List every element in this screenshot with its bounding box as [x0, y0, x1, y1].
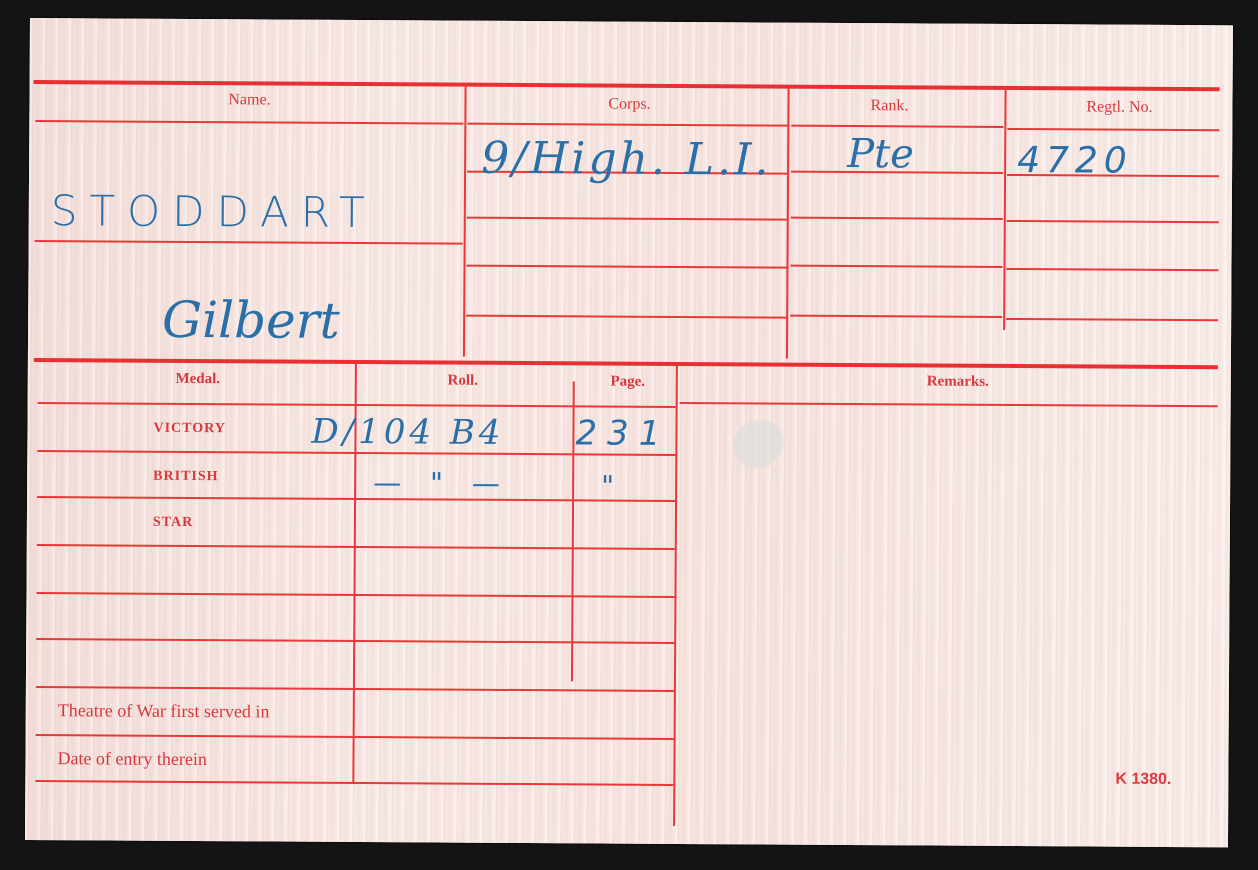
name-rule — [35, 240, 463, 245]
name-header: Name. — [149, 91, 349, 110]
forename-value: Gilbert — [162, 291, 340, 350]
medal-header: Medal. — [148, 371, 248, 389]
corps-value: 9/High. L.I. — [481, 133, 772, 186]
page-header: Page. — [578, 373, 678, 391]
remarks-rule — [680, 402, 1218, 407]
victory-roll-value: D/104 B4 — [311, 412, 504, 453]
british-roll-value: — " — — [373, 466, 510, 500]
medal-index-card: Name. Corps. Rank. Regtl. No. STODDART G… — [25, 18, 1233, 847]
regt-rule — [1006, 318, 1218, 321]
corps-rule — [466, 265, 786, 269]
top-rule — [34, 80, 1220, 91]
rank-value: Pte — [847, 131, 914, 177]
rank-rule — [791, 125, 1003, 128]
victory-page-value: 231 — [575, 413, 670, 454]
medal-star-label: STAR — [153, 515, 193, 531]
middle-rule — [34, 358, 1218, 369]
regt-rule — [1007, 220, 1219, 223]
theatre-of-war-label: Theatre of War first served in — [58, 700, 270, 722]
roll-header: Roll. — [413, 372, 513, 390]
remarks-value — [685, 414, 1207, 777]
british-page-value: " — [601, 469, 614, 502]
corps-header: Corps. — [529, 95, 729, 114]
regt-rule — [1006, 268, 1218, 271]
medal-british-label: BRITISH — [153, 469, 218, 485]
corps-rule — [467, 217, 787, 221]
corps-rule — [466, 315, 786, 319]
date-of-entry-label: Date of entry therein — [57, 748, 207, 770]
form-code: K 1380. — [1115, 771, 1171, 789]
surname-value: STODDART — [51, 186, 377, 237]
regt-rule — [1007, 128, 1219, 131]
rank-rule — [790, 315, 1002, 318]
remarks-header: Remarks. — [858, 373, 1058, 391]
regt-no-header: Regtl. No. — [1019, 98, 1219, 117]
regt-left-border — [1003, 90, 1006, 330]
rank-left-border — [786, 89, 790, 359]
regt-no-value: 4720 — [1017, 140, 1133, 182]
name-rule — [35, 120, 463, 125]
medal-victory-label: VICTORY — [153, 421, 225, 437]
rank-header: Rank. — [789, 97, 989, 116]
rank-rule — [790, 265, 1002, 268]
rank-rule — [791, 217, 1003, 220]
corps-rule — [467, 123, 787, 127]
page-left-border — [571, 381, 575, 681]
